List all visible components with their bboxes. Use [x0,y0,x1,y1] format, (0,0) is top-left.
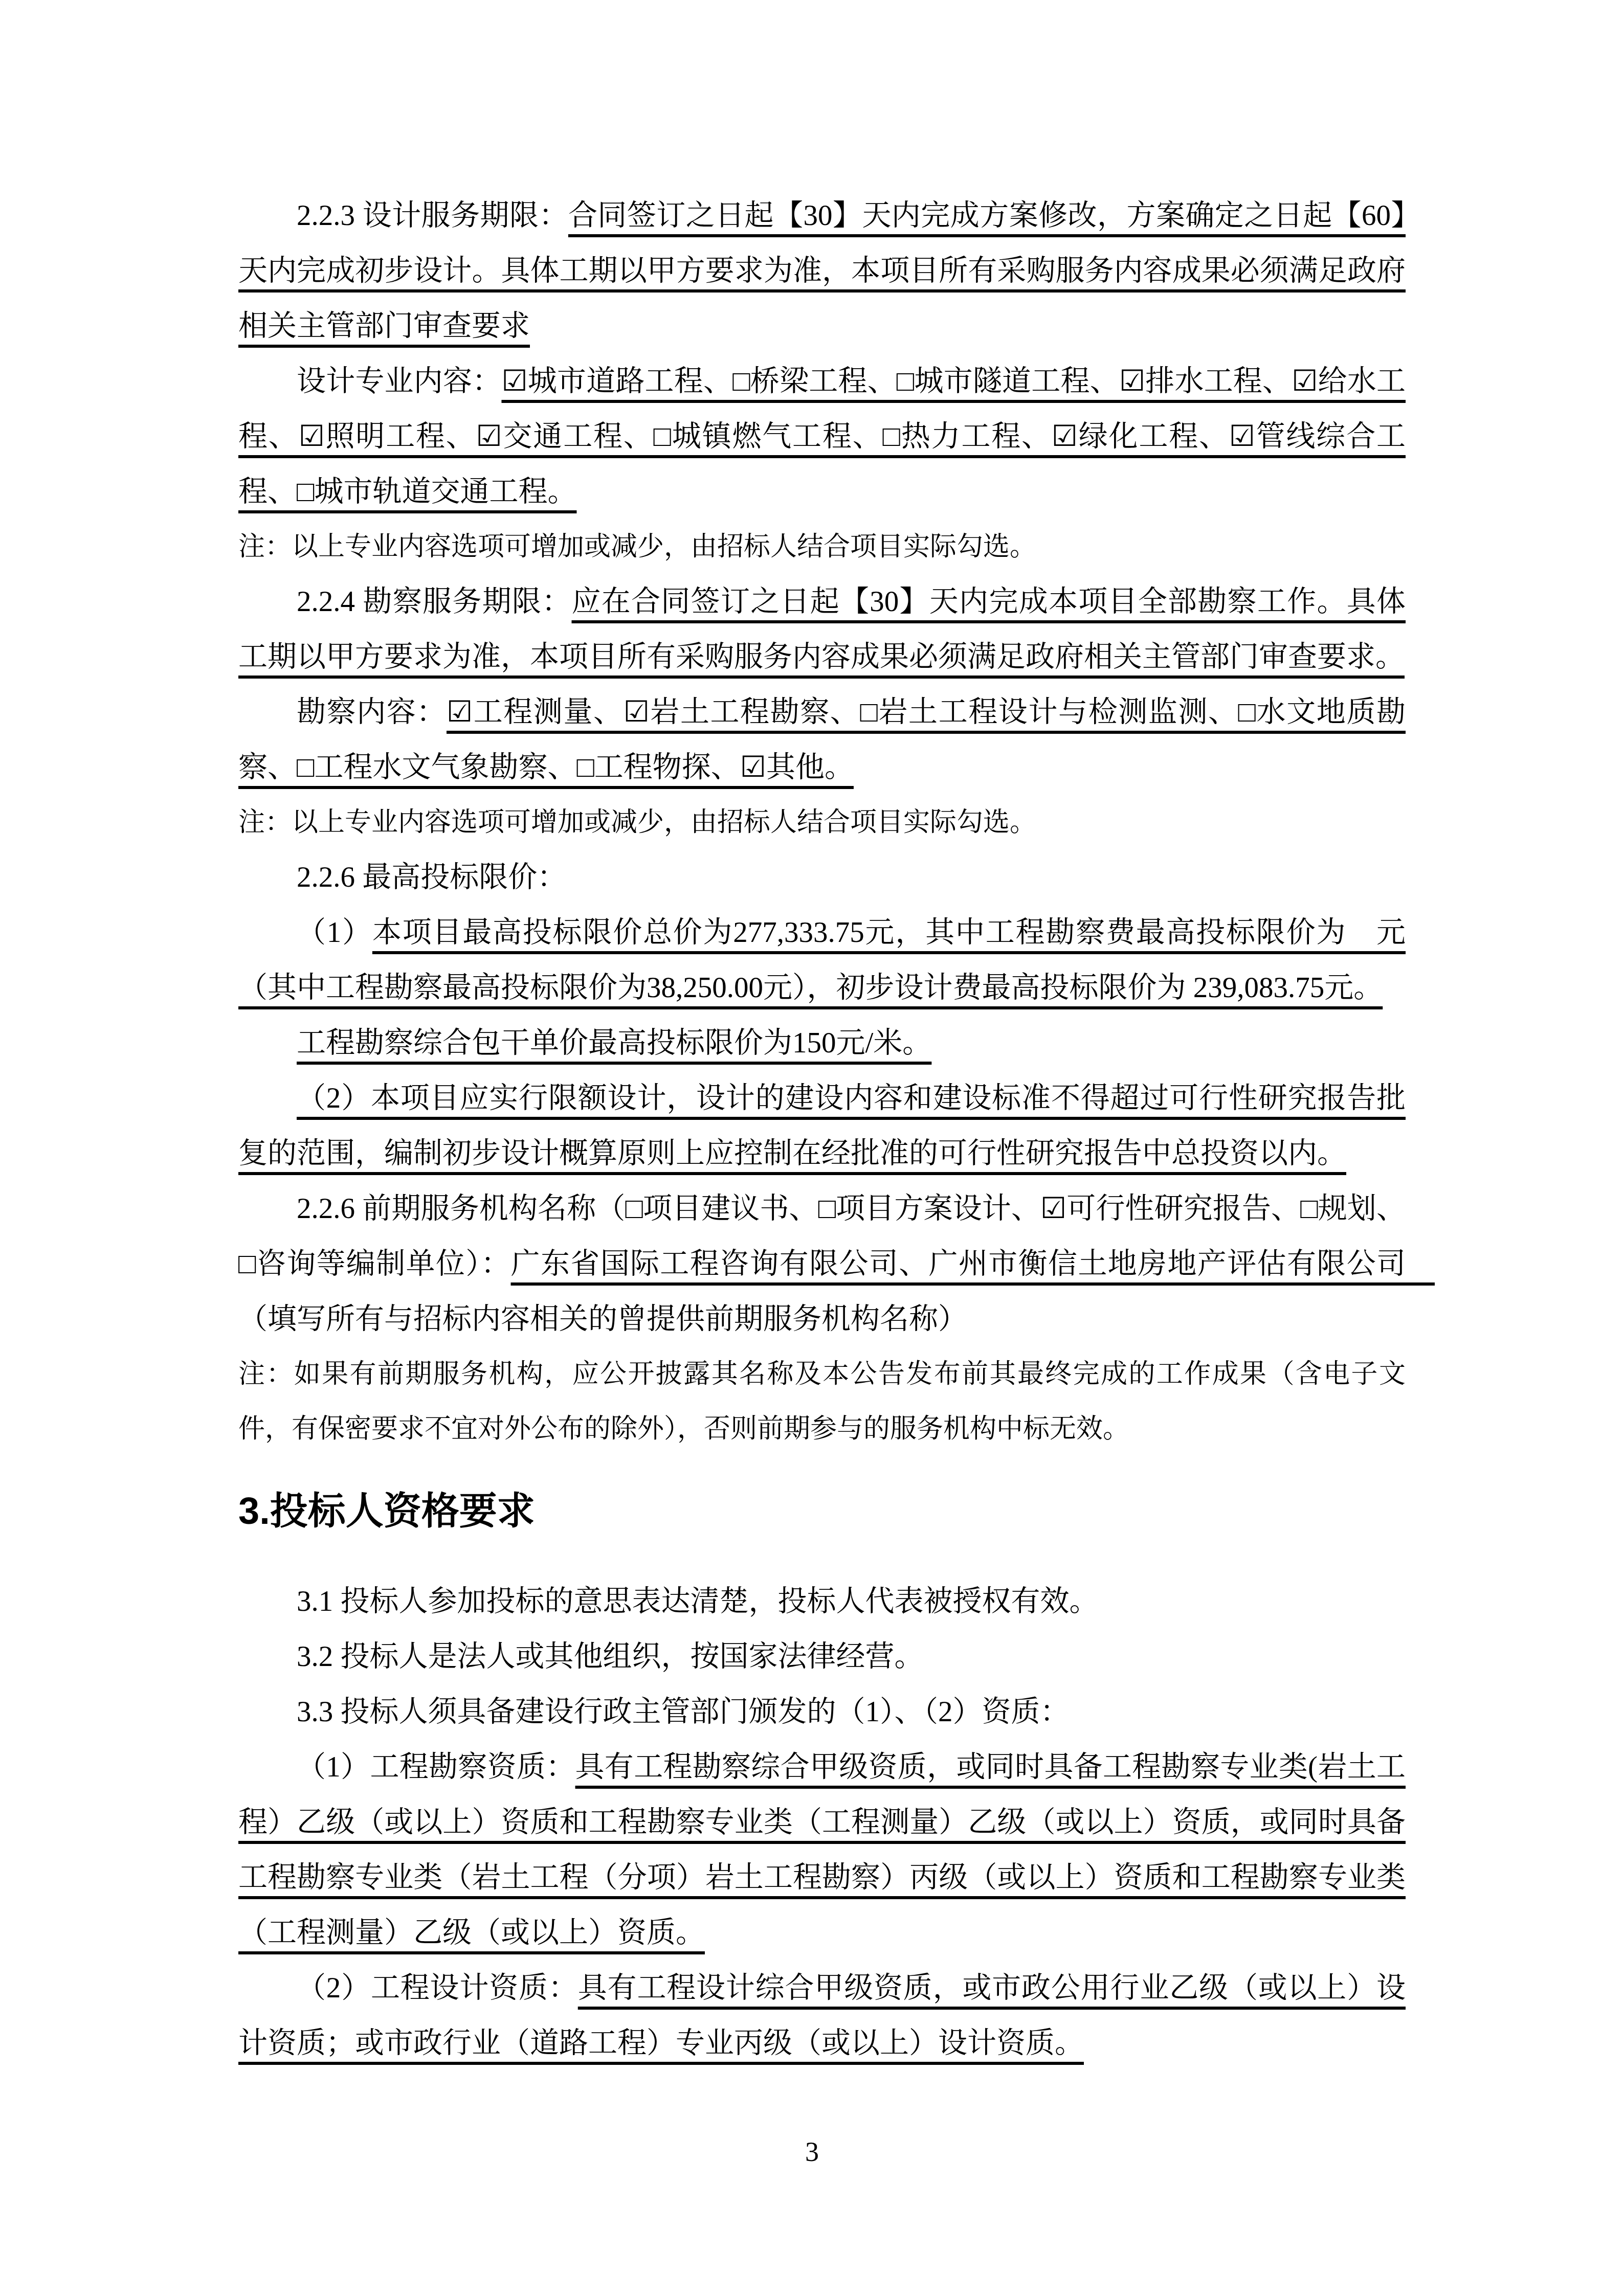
text-segment: （1）工程勘察资质： [297,1751,575,1783]
text-segment: （填写所有与招标内容相关的曾提供前期服务机构名称） [238,1303,967,1335]
body-paragraph: 2.2.6 前期服务机构名称（□项目建议书、□项目方案设计、☑可行性研究报告、□… [238,1181,1406,1347]
body-paragraph: （1）工程勘察资质：具有工程勘察综合甲级资质，或同时具备工程勘察专业类(岩土工程… [238,1740,1406,1961]
text-segment: 3.1 投标人参加投标的意思表达清楚，投标人代表被授权有效。 [297,1585,1099,1617]
underlined-text-segment: 本项目最高投标限价总价为277,333.75元，其中工程勘察费最高投标限价为 元… [238,916,1406,1004]
text-segment: 注：如果有前期服务机构，应公开披露其名称及本公告发布前其最终完成的工作成果（含电… [238,1360,1406,1444]
note-paragraph: 注：以上专业内容选项可增加或减少，由招标人结合项目实际勾选。 [238,520,1406,574]
body-paragraph: 2.2.3 设计服务期限：合同签订之日起【30】天内完成方案修改，方案确定之日起… [238,188,1406,354]
body-paragraph: （2）本项目应实行限额设计，设计的建设内容和建设标准不得超过可行性研究报告批复的… [238,1071,1406,1181]
text-segment: （1） [297,916,372,949]
note-paragraph: 注：如果有前期服务机构，应公开披露其名称及本公告发布前其最终完成的工作成果（含电… [238,1347,1406,1456]
text-segment: 设计专业内容： [297,365,501,397]
body-paragraph: 设计专业内容：☑城市道路工程、□桥梁工程、□城市隧道工程、☑排水工程、☑给水工程… [238,354,1406,520]
text-segment: 3.3 投标人须具备建设行政主管部门颁发的（1）、（2）资质： [297,1696,1070,1728]
text-segment: 3.2 投标人是法人或其他组织，按国家法律经营。 [297,1640,924,1673]
body-paragraph: 3.3 投标人须具备建设行政主管部门颁发的（1）、（2）资质： [238,1684,1406,1740]
underlined-text-segment: （2）本项目应实行限额设计，设计的建设内容和建设标准不得超过可行性研究报告批复的… [238,1082,1406,1169]
document-content: 2.2.3 设计服务期限：合同签订之日起【30】天内完成方案修改，方案确定之日起… [238,188,1406,2071]
body-paragraph: 2.2.6 最高投标限价： [238,850,1406,905]
body-paragraph: 工程勘察综合包干单价最高投标限价为150元/米。 [238,1016,1406,1071]
body-paragraph: 3.1 投标人参加投标的意思表达清楚，投标人代表被授权有效。 [238,1574,1406,1629]
text-segment: （2）工程设计资质： [297,1972,578,2004]
body-paragraph: 3.2 投标人是法人或其他组织，按国家法律经营。 [238,1629,1406,1684]
body-paragraph: 2.2.4 勘察服务期限：应在合同签订之日起【30】天内完成本项目全部勘察工作。… [238,574,1406,685]
body-paragraph: （1）本项目最高投标限价总价为277,333.75元，其中工程勘察费最高投标限价… [238,905,1406,1016]
section-heading: 3.投标人资格要求 [238,1478,1406,1544]
note-paragraph: 注：以上专业内容选项可增加或减少，由招标人结合项目实际勾选。 [238,795,1406,850]
text-segment: 2.2.3 设计服务期限： [297,199,568,232]
document-page: 2.2.3 设计服务期限：合同签订之日起【30】天内完成方案修改，方案确定之日起… [0,0,1624,2296]
body-paragraph: 勘察内容：☑工程测量、☑岩土工程勘察、□岩土工程设计与检测监测、□水文地质勘察、… [238,685,1406,795]
underlined-text-segment: 工程勘察综合包干单价最高投标限价为150元/米。 [297,1027,931,1059]
text-segment: 2.2.6 最高投标限价： [297,861,566,893]
page-number: 3 [0,2136,1624,2167]
body-paragraph: （2）工程设计资质：具有工程设计综合甲级资质，或市政公用行业乙级（或以上）设计资… [238,1961,1406,2071]
text-segment: 注：以上专业内容选项可增加或减少，由招标人结合项目实际勾选。 [238,532,1036,561]
underlined-text-segment: 广东省国际工程咨询有限公司、广州市衡信土地房地产评估有限公司 [511,1248,1435,1280]
text-segment: 勘察内容： [297,696,447,728]
text-segment: 注：以上专业内容选项可增加或减少，由招标人结合项目实际勾选。 [238,808,1036,837]
text-segment: 3.投标人资格要求 [238,1490,535,1532]
text-segment: 2.2.4 勘察服务期限： [297,586,571,618]
